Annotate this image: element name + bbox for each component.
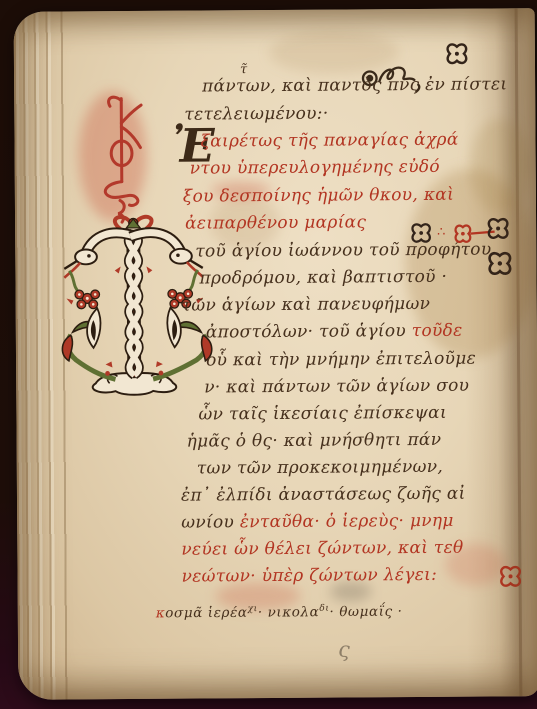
text-line: ντου ὑπερευλογημένης εὐδό xyxy=(190,157,440,179)
text-line: ωνίου ἐνταῦθα· ὁ ἱερεὺς· μνημ xyxy=(181,511,454,533)
text-line: οὗ καὶ τὴν μνήμην ἐπιτελοῦμε xyxy=(206,349,476,371)
text-line: ξου δεσποίνης ἡμῶν θκου, καὶ xyxy=(183,185,454,207)
text-line: νεώτων· ὑπὲρ ζώντων λέγει: xyxy=(181,565,437,587)
manuscript-photo: τ̃ xyxy=(0,0,537,709)
text-line: ἐπ᾽ ἐλπίδι ἀναστάσεως ζωῆς αἰ xyxy=(181,484,466,506)
text-line: τῶν ἁγίων καὶ πανευφήμων xyxy=(182,294,431,316)
text-line: ἀποστόλων· τοῦ ἁγίου τοῦδε xyxy=(206,321,463,343)
text-line: των τῶν προκεκοιμημένων, xyxy=(197,457,443,479)
triple-dot-ornament: ∴ xyxy=(437,225,445,240)
knot-ornament-icon xyxy=(407,219,435,247)
knot-ornament-icon xyxy=(483,212,513,244)
header-cross-mark: τ̃ xyxy=(240,62,247,77)
colophon-line: κοσμᾶ ἱερέαχι· νικολαδι· θωμαΐς · xyxy=(156,603,403,621)
manuscript-page: τ̃ xyxy=(14,8,537,700)
quire-mark: ς xyxy=(338,637,350,661)
text-line: πάντων, καὶ παντὸς πνς ἐν πίστει xyxy=(202,74,507,96)
text-line: τοῦ ἁγίου ἰωάννου τοῦ προφήτου xyxy=(195,239,491,261)
text-line: τετελειωμένου:· xyxy=(184,104,328,125)
text-line: νεύει ὧν θέλει ζώντων, καὶ τεθ xyxy=(181,538,463,560)
text-line: προδρόμου, καὶ βαπτιστοῦ · xyxy=(199,267,447,289)
text-line: ξαιρέτως τῆς παναγίας ἀχρά xyxy=(200,130,458,152)
text-line: ἀειπαρθένου μαρίας xyxy=(185,212,366,233)
kappa-phi-monogram-icon xyxy=(90,91,153,223)
knot-ornament-icon xyxy=(442,39,472,69)
text-line: ἡμᾶς ὁ θς· καὶ μνήσθητι πάν xyxy=(187,430,442,452)
text-line: ν· καὶ πάντων τῶν ἁγίων σου xyxy=(204,376,469,398)
knot-ornament-icon xyxy=(483,246,516,280)
text-line: ὧν ταῖς ἱκεσίαις ἐπίσκεψαι xyxy=(198,403,447,425)
knot-ornament-red-icon xyxy=(495,561,525,591)
